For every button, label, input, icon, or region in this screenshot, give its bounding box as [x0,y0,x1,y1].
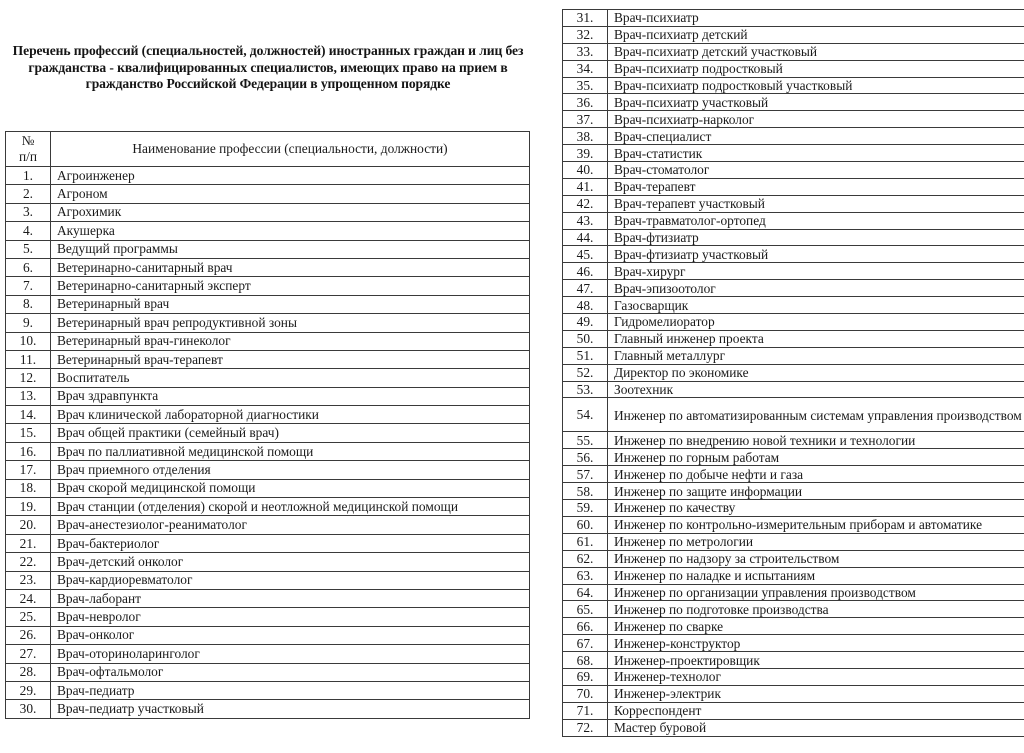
profession-name: Врач-психиатр подростковый [608,60,1024,77]
profession-name: Врач-терапевт участковый [608,195,1024,212]
profession-name: Инженер по подготовке производства [608,601,1024,618]
row-number: 52. [563,364,608,381]
table-row: 59.Инженер по качеству [563,500,1024,517]
row-number: 51. [563,347,608,364]
profession-name: Ведущий программы [51,240,530,258]
table-row: 28.Врач-офтальмолог [6,663,530,681]
table-row: 12.Воспитатель [6,369,530,387]
row-number: 31. [563,10,608,27]
profession-name: Инженер по контрольно-измерительным приб… [608,516,1024,533]
table-row: 34.Врач-психиатр подростковый [563,60,1024,77]
table-row: 44.Врач-фтизиатр [563,229,1024,246]
row-number: 1. [6,167,51,185]
profession-name: Инженер-электрик [608,685,1024,702]
table-row: 16.Врач по паллиативной медицинской помо… [6,442,530,460]
profession-name: Врач-эпизоотолог [608,280,1024,297]
row-number: 47. [563,280,608,297]
table-row: 2.Агроном [6,185,530,203]
table-row: 38.Врач-специалист [563,128,1024,145]
row-number: 48. [563,297,608,314]
table-row: 56.Инженер по горным работам [563,449,1024,466]
profession-name: Инженер по горным работам [608,449,1024,466]
row-number: 22. [6,553,51,571]
column-header-number: № п/п [6,132,51,167]
table-row: 30.Врач-педиатр участковый [6,700,530,718]
row-number: 43. [563,212,608,229]
row-number: 16. [6,442,51,460]
profession-name: Корреспондент [608,702,1024,719]
table-row: 9.Ветеринарный врач репродуктивной зоны [6,314,530,332]
table-row: 62.Инженер по надзору за строительством [563,550,1024,567]
row-number: 4. [6,222,51,240]
row-number: 54. [563,398,608,432]
table-row: 48.Газосварщик [563,297,1024,314]
profession-name: Врач-педиатр участковый [51,700,530,718]
row-number: 62. [563,550,608,567]
row-number: 57. [563,466,608,483]
table-row: 41.Врач-терапевт [563,178,1024,195]
profession-name: Инженер по качеству [608,500,1024,517]
table-row: 8.Ветеринарный врач [6,295,530,313]
profession-name: Врач общей практики (семейный врач) [51,424,530,442]
profession-name: Врач-невролог [51,608,530,626]
profession-name: Врач клинической лабораторной диагностик… [51,406,530,424]
row-number: 33. [563,43,608,60]
table-row: 63.Инженер по наладке и испытаниям [563,567,1024,584]
table-row: 3.Агрохимик [6,203,530,221]
row-number: 35. [563,77,608,94]
profession-name: Инженер по организации управления произв… [608,584,1024,601]
table-row: 7.Ветеринарно-санитарный эксперт [6,277,530,295]
profession-name: Инженер по внедрению новой техники и тех… [608,432,1024,449]
row-number: 34. [563,60,608,77]
profession-name: Врач-офтальмолог [51,663,530,681]
table-row: 4.Акушерка [6,222,530,240]
profession-name: Врач-психиатр [608,10,1024,27]
row-number: 49. [563,314,608,331]
profession-name: Ветеринарный врач [51,295,530,313]
profession-name: Врач-хирург [608,263,1024,280]
row-number: 69. [563,668,608,685]
table-row: 18.Врач скорой медицинской помощи [6,479,530,497]
profession-name: Ветеринарно-санитарный эксперт [51,277,530,295]
table-row: 46.Врач-хирург [563,263,1024,280]
row-number: 23. [6,571,51,589]
professions-table-right-body: 31.Врач-психиатр32.Врач-психиатр детский… [563,10,1024,737]
profession-name: Врач-специалист [608,128,1024,145]
row-number: 46. [563,263,608,280]
table-row: 23.Врач-кардиоревматолог [6,571,530,589]
row-number: 37. [563,111,608,128]
table-row: 33.Врач-психиатр детский участковый [563,43,1024,60]
table-row: 32.Врач-психиатр детский [563,26,1024,43]
profession-name: Врач станции (отделения) скорой и неотло… [51,498,530,516]
profession-name: Врач-травматолог-ортопед [608,212,1024,229]
profession-name: Зоотехник [608,381,1024,398]
profession-name: Агрохимик [51,203,530,221]
profession-name: Врач-стоматолог [608,162,1024,179]
row-number: 15. [6,424,51,442]
profession-name: Врач-психиатр участковый [608,94,1024,111]
profession-name: Агроинженер [51,167,530,185]
profession-name: Ветеринарный врач репродуктивной зоны [51,314,530,332]
row-number: 8. [6,295,51,313]
profession-name: Инженер по наладке и испытаниям [608,567,1024,584]
profession-name: Врач-психиатр детский участковый [608,43,1024,60]
row-number: 25. [6,608,51,626]
table-row: 64.Инженер по организации управления про… [563,584,1024,601]
profession-name: Инженер-технолог [608,668,1024,685]
row-number: 68. [563,652,608,669]
profession-name: Врач-фтизиатр [608,229,1024,246]
row-number: 50. [563,330,608,347]
row-number: 65. [563,601,608,618]
row-number: 5. [6,240,51,258]
row-number: 13. [6,387,51,405]
column-header-name: Наименование профессии (специальности, д… [51,132,530,167]
profession-name: Врач-лаборант [51,589,530,607]
row-number: 7. [6,277,51,295]
row-number: 67. [563,635,608,652]
table-row: 13.Врач здравпункта [6,387,530,405]
table-row: 68.Инженер-проектировщик [563,652,1024,669]
row-number: 2. [6,185,51,203]
table-row: 39.Врач-статистик [563,145,1024,162]
row-number: 53. [563,381,608,398]
profession-name: Врач по паллиативной медицинской помощи [51,442,530,460]
profession-name: Мастер буровой [608,719,1024,736]
row-number: 17. [6,461,51,479]
profession-name: Врач-детский онколог [51,553,530,571]
profession-name: Врач здравпункта [51,387,530,405]
row-number: 3. [6,203,51,221]
profession-name: Инженер-конструктор [608,635,1024,652]
row-number: 9. [6,314,51,332]
profession-name: Врач-психиатр-нарколог [608,111,1024,128]
row-number: 59. [563,500,608,517]
profession-name: Инженер-проектировщик [608,652,1024,669]
profession-name: Врач-онколог [51,626,530,644]
profession-name: Гидромелиоратор [608,314,1024,331]
row-number: 45. [563,246,608,263]
table-row: 14.Врач клинической лабораторной диагнос… [6,406,530,424]
table-row: 69.Инженер-технолог [563,668,1024,685]
profession-name: Агроном [51,185,530,203]
row-number: 14. [6,406,51,424]
table-row: 54.Инженер по автоматизированным система… [563,398,1024,432]
profession-name: Врач-статистик [608,145,1024,162]
table-row: 24.Врач-лаборант [6,589,530,607]
row-number: 26. [6,626,51,644]
row-number: 19. [6,498,51,516]
row-number: 6. [6,258,51,276]
table-row: 42.Врач-терапевт участковый [563,195,1024,212]
row-number: 30. [6,700,51,718]
row-number: 44. [563,229,608,246]
profession-name: Врач скорой медицинской помощи [51,479,530,497]
table-row: 27.Врач-оториноларинголог [6,645,530,663]
table-row: 17.Врач приемного отделения [6,461,530,479]
profession-name: Врач-психиатр подростковый участковый [608,77,1024,94]
profession-name: Инженер по защите информации [608,483,1024,500]
table-row: 37.Врач-психиатр-нарколог [563,111,1024,128]
row-number: 32. [563,26,608,43]
row-number: 72. [563,719,608,736]
table-row: 26.Врач-онколог [6,626,530,644]
profession-name: Инженер по надзору за строительством [608,550,1024,567]
row-number: 55. [563,432,608,449]
profession-name: Инженер по метрологии [608,533,1024,550]
professions-table-right: 31.Врач-психиатр32.Врач-психиатр детский… [562,9,1024,737]
table-row: 6.Ветеринарно-санитарный врач [6,258,530,276]
table-row: 19.Врач станции (отделения) скорой и нео… [6,498,530,516]
profession-name: Инженер по добыче нефти и газа [608,466,1024,483]
table-row: 65.Инженер по подготовке производства [563,601,1024,618]
profession-name: Врач-психиатр детский [608,26,1024,43]
table-row: 58.Инженер по защите информации [563,483,1024,500]
row-number: 10. [6,332,51,350]
profession-name: Ветеринарный врач-гинеколог [51,332,530,350]
profession-name: Директор по экономике [608,364,1024,381]
row-number: 61. [563,533,608,550]
row-number: 58. [563,483,608,500]
table-row: 52.Директор по экономике [563,364,1024,381]
table-row: 47.Врач-эпизоотолог [563,280,1024,297]
profession-name: Врач-кардиоревматолог [51,571,530,589]
professions-table-left: № п/п Наименование профессии (специально… [5,131,530,719]
row-number: 27. [6,645,51,663]
table-row: 5.Ведущий программы [6,240,530,258]
row-number: 60. [563,516,608,533]
row-number: 12. [6,369,51,387]
table-row: 57.Инженер по добыче нефти и газа [563,466,1024,483]
profession-name: Врач-анестезиолог-реаниматолог [51,516,530,534]
profession-name: Врач-фтизиатр участковый [608,246,1024,263]
profession-name: Главный инженер проекта [608,330,1024,347]
row-number: 20. [6,516,51,534]
profession-name: Главный металлург [608,347,1024,364]
profession-name: Газосварщик [608,297,1024,314]
table-row: 43.Врач-травматолог-ортопед [563,212,1024,229]
table-row: 55.Инженер по внедрению новой техники и … [563,432,1024,449]
table-header-row: № п/п Наименование профессии (специально… [6,132,530,167]
table-row: 35.Врач-психиатр подростковый участковый [563,77,1024,94]
row-number: 40. [563,162,608,179]
table-row: 31.Врач-психиатр [563,10,1024,27]
row-number: 71. [563,702,608,719]
table-row: 53.Зоотехник [563,381,1024,398]
table-row: 71.Корреспондент [563,702,1024,719]
row-number: 11. [6,350,51,368]
row-number: 38. [563,128,608,145]
row-number: 29. [6,681,51,699]
profession-name: Инженер по автоматизированным системам у… [608,398,1024,432]
row-number: 64. [563,584,608,601]
table-row: 49.Гидромелиоратор [563,314,1024,331]
table-row: 1.Агроинженер [6,167,530,185]
profession-name: Ветеринарно-санитарный врач [51,258,530,276]
table-row: 51.Главный металлург [563,347,1024,364]
row-number: 56. [563,449,608,466]
profession-name: Акушерка [51,222,530,240]
table-row: 67.Инженер-конструктор [563,635,1024,652]
table-row: 36.Врач-психиатр участковый [563,94,1024,111]
document-title: Перечень профессий (специальностей, долж… [4,43,532,93]
table-row: 10.Ветеринарный врач-гинеколог [6,332,530,350]
row-number: 63. [563,567,608,584]
row-number: 41. [563,178,608,195]
row-number: 70. [563,685,608,702]
table-row: 61.Инженер по метрологии [563,533,1024,550]
professions-table-left-body: 1.Агроинженер2.Агроном3.Агрохимик4.Акуше… [6,167,530,719]
table-row: 60.Инженер по контрольно-измерительным п… [563,516,1024,533]
profession-name: Врач приемного отделения [51,461,530,479]
table-row: 21.Врач-бактериолог [6,534,530,552]
row-number: 28. [6,663,51,681]
table-row: 20.Врач-анестезиолог-реаниматолог [6,516,530,534]
row-number: 21. [6,534,51,552]
table-row: 22.Врач-детский онколог [6,553,530,571]
profession-name: Воспитатель [51,369,530,387]
row-number: 66. [563,618,608,635]
table-row: 11.Ветеринарный врач-терапевт [6,350,530,368]
table-row: 15.Врач общей практики (семейный врач) [6,424,530,442]
profession-name: Врач-оториноларинголог [51,645,530,663]
table-row: 29.Врач-педиатр [6,681,530,699]
profession-name: Ветеринарный врач-терапевт [51,350,530,368]
row-number: 42. [563,195,608,212]
table-row: 45.Врач-фтизиатр участковый [563,246,1024,263]
row-number: 36. [563,94,608,111]
table-row: 25.Врач-невролог [6,608,530,626]
profession-name: Врач-бактериолог [51,534,530,552]
table-row: 40.Врач-стоматолог [563,162,1024,179]
table-row: 70.Инженер-электрик [563,685,1024,702]
profession-name: Врач-педиатр [51,681,530,699]
profession-name: Врач-терапевт [608,178,1024,195]
table-row: 72.Мастер буровой [563,719,1024,736]
row-number: 39. [563,145,608,162]
row-number: 24. [6,589,51,607]
row-number: 18. [6,479,51,497]
table-row: 50.Главный инженер проекта [563,330,1024,347]
profession-name: Инженер по сварке [608,618,1024,635]
table-row: 66.Инженер по сварке [563,618,1024,635]
